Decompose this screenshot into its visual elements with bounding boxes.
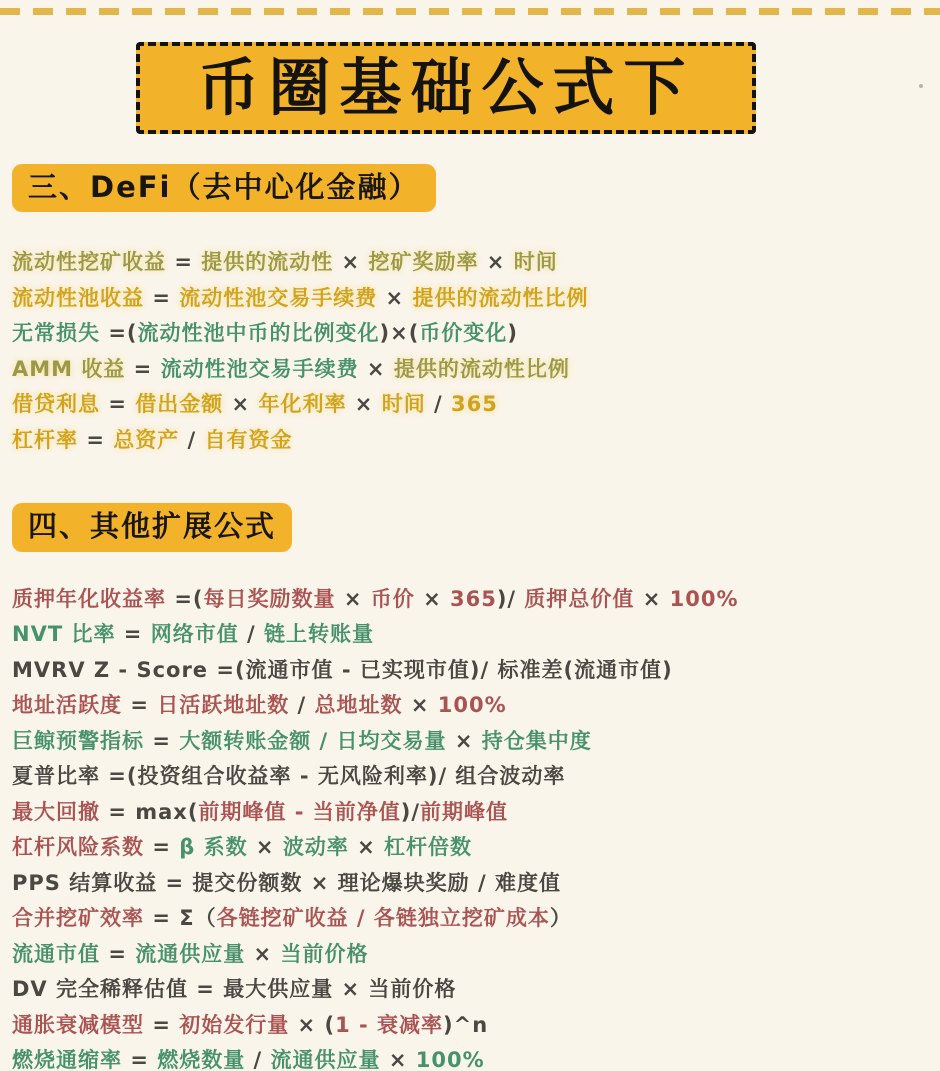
formula-segment: / — [298, 693, 315, 717]
formula-segment: 100% — [670, 587, 739, 611]
formula-line: 巨鲸预警指标 = 大额转账金额 / 日均交易量 × 持仓集中度 — [12, 724, 932, 760]
top-dashed-border — [0, 8, 940, 15]
formula-segment: = — [152, 729, 179, 753]
formula-segment: × — [256, 835, 283, 859]
formula-list: 质押年化收益率 =(每日奖励数量 × 币价 × 365)/ 质押总价值 × 10… — [12, 582, 932, 1071]
formula-line: 无常损失 =(流动性池中币的比例变化)×(币价变化) — [12, 316, 932, 352]
formula-segment: 流通供应量 — [135, 942, 253, 966]
formula-segment: =( — [174, 587, 203, 611]
formula-segment: 自有资金 — [205, 428, 293, 452]
formula-segment: 流通供应量 — [271, 1048, 389, 1071]
formula-segment: 币价 — [371, 587, 423, 611]
formula-line: 流通市值 = 流通供应量 × 当前价格 — [12, 937, 932, 973]
formula-line: 通胀衰减模型 = 初始发行量 × (1 - 衰减率)^n — [12, 1008, 932, 1044]
formula-segment: 合并挖矿效率 — [12, 906, 152, 930]
formula-segment: 前期峰值 - 当前净值 — [198, 800, 400, 824]
formula-line: 燃烧通缩率 = 燃烧数量 / 流通供应量 × 100% — [12, 1043, 932, 1071]
section-heading: 三、DeFi（去中心化金融） — [12, 164, 436, 212]
formula-segment: )×( — [380, 321, 420, 345]
formula-segment: MVRV Z - Score =(流通市值 - 已实现市值)/ 标准差(流通市值… — [12, 658, 673, 682]
formula-segment: 日活跃地址数 — [157, 693, 297, 717]
formula-segment: β 系数 — [179, 835, 256, 859]
formula-segment: 通胀衰减模型 — [12, 1013, 152, 1037]
formula-segment: × — [643, 587, 670, 611]
formula-segment: 大额转账金额 — [179, 729, 319, 753]
formula-segment: PPS 结算收益 = 提交份额数 × 理论爆块奖励 / 难度值 — [12, 871, 561, 895]
formula-segment: 无常损失 — [12, 321, 108, 345]
formula-segment: = — [130, 693, 157, 717]
formula-segment: 借出金额 — [135, 392, 231, 416]
formula-segment: × — [455, 729, 482, 753]
formula-line: 杠杆风险系数 = β 系数 × 波动率 × 杠杆倍数 — [12, 830, 932, 866]
formula-line: 合并挖矿效率 = Σ（各链挖矿收益 / 各链独立挖矿成本） — [12, 901, 932, 937]
formula-segment: )/ — [497, 587, 525, 611]
formula-segment: × — [357, 835, 384, 859]
formula-segment: 流动性池交易手续费 — [179, 286, 385, 310]
formula-segment: 1 - 衰减率 — [335, 1013, 443, 1037]
formula-segment: 波动率 — [283, 835, 357, 859]
formula-line: AMM 收益 = 流动性池交易手续费 × 提供的流动性比例 — [12, 352, 932, 388]
formula-segment: 日均交易量 — [337, 729, 455, 753]
formula-segment: 杠杆风险系数 — [12, 835, 152, 859]
formula-segment: 杠杆倍数 — [384, 835, 472, 859]
formula-segment: 借贷利息 — [12, 392, 108, 416]
formula-segment: 流动性池中币的比例变化 — [138, 321, 380, 345]
formula-segment: 时间 — [514, 250, 558, 274]
formula-segment: 365 — [450, 587, 497, 611]
formula-segment: × — [344, 587, 371, 611]
formula-segment: × — [367, 357, 394, 381]
formula-segment: 总资产 — [113, 428, 187, 452]
formula-segment: 杠杆率 — [12, 428, 86, 452]
formula-segment: 365 — [451, 392, 498, 416]
formula-line: MVRV Z - Score =(流通市值 - 已实现市值)/ 标准差(流通市值… — [12, 653, 932, 689]
formula-segment: 100% — [416, 1048, 485, 1071]
formula-segment: = — [108, 942, 135, 966]
formula-segment: = — [108, 392, 135, 416]
formula-segment: 时间 — [382, 392, 434, 416]
formula-list: 流动性挖矿收益 = 提供的流动性 × 挖矿奖励率 × 时间流动性池收益 = 流动… — [12, 245, 932, 458]
formula-line: 夏普比率 =(投资组合收益率 - 无风险利率)/ 组合波动率 — [12, 759, 932, 795]
sections-container: 三、DeFi（去中心化金融）流动性挖矿收益 = 提供的流动性 × 挖矿奖励率 ×… — [12, 164, 932, 1071]
formula-segment: / — [357, 906, 374, 930]
formula-segment: AMM 收益 — [12, 357, 134, 381]
formula-segment: / — [434, 392, 451, 416]
formula-line: 杠杆率 = 总资产 / 自有资金 — [12, 423, 932, 459]
formula-segment: 各链挖矿收益 — [217, 906, 357, 930]
formula-segment: × ( — [298, 1013, 336, 1037]
formula-line: 最大回撤 = max(前期峰值 - 当前净值)/前期峰值 — [12, 795, 932, 831]
formula-section: 四、其他扩展公式质押年化收益率 =(每日奖励数量 × 币价 × 365)/ 质押… — [12, 503, 932, 1071]
formula-segment: 持仓集中度 — [482, 729, 592, 753]
formula-segment: × — [389, 1048, 416, 1071]
formula-segment: × — [411, 693, 438, 717]
formula-segment: 年化利率 — [258, 392, 354, 416]
formula-segment: )/ — [401, 800, 420, 824]
formula-line: 质押年化收益率 =(每日奖励数量 × 币价 × 365)/ 质押总价值 × 10… — [12, 582, 932, 618]
formula-segment: / — [320, 729, 337, 753]
paper-speck — [919, 84, 923, 88]
formula-section: 三、DeFi（去中心化金融）流动性挖矿收益 = 提供的流动性 × 挖矿奖励率 ×… — [12, 164, 932, 458]
formula-segment: =( — [108, 321, 137, 345]
formula-line: DV 完全稀释估值 = 最大供应量 × 当前价格 — [12, 972, 932, 1008]
formula-segment: = — [174, 250, 201, 274]
section-heading: 四、其他扩展公式 — [12, 503, 292, 551]
formula-segment: NVT 比率 — [12, 622, 124, 646]
formula-segment: 每日奖励数量 — [204, 587, 344, 611]
formula-segment: 当前价格 — [280, 942, 368, 966]
formula-segment: 燃烧通缩率 — [12, 1048, 130, 1071]
formula-segment: × — [423, 587, 450, 611]
formula-line: NVT 比率 = 网络市值 / 链上转账量 — [12, 617, 932, 653]
formula-segment: = Σ（ — [152, 906, 216, 930]
formula-segment: 前期峰值 — [420, 800, 508, 824]
formula-segment: / — [188, 428, 205, 452]
formula-segment: = — [130, 1048, 157, 1071]
formula-segment: × — [232, 392, 259, 416]
formula-segment: × — [386, 286, 413, 310]
formula-segment: × — [355, 392, 382, 416]
formula-segment: 提供的流动性比例 — [412, 286, 588, 310]
formula-segment: = — [124, 622, 151, 646]
formula-segment: 网络市值 — [151, 622, 247, 646]
formula-segment: = — [152, 286, 179, 310]
page-title: 币圈基础公式下 — [197, 57, 694, 119]
formula-segment: × — [487, 250, 514, 274]
formula-segment: 流动性挖矿收益 — [12, 250, 174, 274]
formula-segment: 币价变化 — [419, 321, 507, 345]
formula-segment: 各链独立挖矿成本 — [374, 906, 550, 930]
formula-segment: × — [342, 250, 369, 274]
formula-line: 流动性池收益 = 流动性池交易手续费 × 提供的流动性比例 — [12, 281, 932, 317]
formula-segment: / — [247, 622, 264, 646]
formula-segment: 最大回撤 — [12, 800, 108, 824]
formula-segment: 流通市值 — [12, 942, 108, 966]
formula-segment: 流动性池收益 — [12, 286, 152, 310]
formula-segment: = max( — [108, 800, 198, 824]
formula-segment: 质押总价值 — [524, 587, 642, 611]
formula-segment: DV 完全稀释估值 = 最大供应量 × 当前价格 — [12, 977, 456, 1001]
formula-segment: 巨鲸预警指标 — [12, 729, 152, 753]
formula-segment: ) — [507, 321, 518, 345]
formula-line: 地址活跃度 = 日活跃地址数 / 总地址数 × 100% — [12, 688, 932, 724]
page-title-banner: 币圈基础公式下 — [136, 42, 756, 134]
formula-segment: )^n — [443, 1013, 488, 1037]
formula-line: PPS 结算收益 = 提交份额数 × 理论爆块奖励 / 难度值 — [12, 866, 932, 902]
formula-segment: = — [152, 1013, 179, 1037]
formula-segment: = — [134, 357, 161, 381]
formula-segment: 地址活跃度 — [12, 693, 130, 717]
formula-segment: 链上转账量 — [264, 622, 374, 646]
formula-segment: 流动性池交易手续费 — [161, 357, 367, 381]
formula-segment: 挖矿奖励率 — [368, 250, 486, 274]
formula-segment: 质押年化收益率 — [12, 587, 174, 611]
formula-segment: = — [86, 428, 113, 452]
formula-segment: = — [152, 835, 179, 859]
formula-segment: 总地址数 — [315, 693, 411, 717]
formula-segment: 初始发行量 — [179, 1013, 297, 1037]
formula-segment: / — [254, 1048, 271, 1071]
formula-segment: 燃烧数量 — [157, 1048, 253, 1071]
formula-line: 借贷利息 = 借出金额 × 年化利率 × 时间 / 365 — [12, 387, 932, 423]
formula-segment: 提供的流动性 — [201, 250, 341, 274]
formula-line: 流动性挖矿收益 = 提供的流动性 × 挖矿奖励率 × 时间 — [12, 245, 932, 281]
formula-segment: 提供的流动性比例 — [394, 357, 570, 381]
formula-segment: × — [254, 942, 281, 966]
formula-segment: 夏普比率 =(投资组合收益率 - 无风险利率)/ 组合波动率 — [12, 764, 565, 788]
formula-segment: 100% — [438, 693, 507, 717]
formula-segment: ） — [550, 906, 572, 930]
